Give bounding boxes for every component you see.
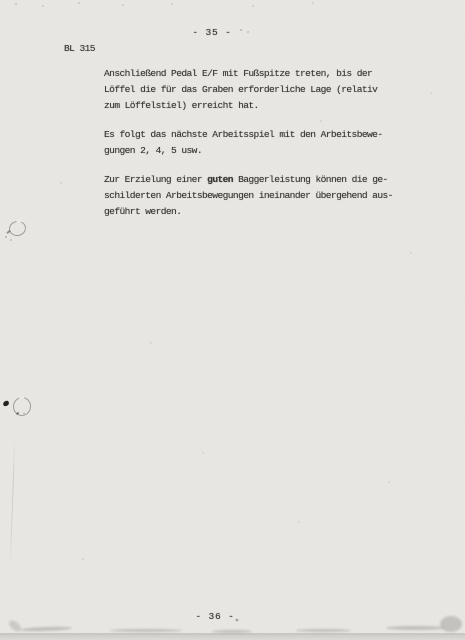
paper-crease — [10, 438, 16, 568]
bottom-corner-smudge — [440, 616, 462, 632]
ring-stain-lower — [12, 396, 32, 417]
scanned-document-page: - 35 - BL 315 Anschließend Pedal E/F mit… — [0, 0, 465, 640]
text-line: gungen 2, 4, 5 usw. — [104, 143, 404, 159]
text-line: Zur Erzielung einer guten Baggerleistung… — [104, 172, 404, 188]
text-segment: Baggerleistung können die ge- — [233, 174, 388, 185]
text-line: Anschließend Pedal E/F mit Fußspitze tre… — [104, 66, 404, 82]
bottom-edge-smudge — [20, 626, 72, 632]
scan-edge-strip — [0, 635, 465, 640]
text-line: schilderten Arbeitsbewegungen ineinander… — [104, 188, 404, 204]
text-line: Es folgt das nächste Arbeitsspiel mit de… — [104, 127, 404, 143]
bottom-edge-smudge — [110, 629, 182, 632]
paragraph-2: Es folgt das nächste Arbeitsspiel mit de… — [104, 127, 404, 159]
page-number-bottom: - 36 - — [0, 611, 430, 622]
ink-blot — [2, 400, 9, 407]
text-segment: Zur Erzielung einer — [104, 174, 207, 185]
scan-specks — [0, 0, 2, 2]
bottom-edge-smudge — [296, 629, 351, 632]
paragraph-1: Anschließend Pedal E/F mit Fußspitze tre… — [104, 66, 404, 114]
paragraph-3: Zur Erzielung einer guten Baggerleistung… — [104, 172, 404, 220]
emphasized-word: guten — [207, 174, 233, 185]
text-line: geführt werden. — [104, 204, 404, 220]
document-reference: BL 315 — [64, 43, 95, 54]
body-text: Anschließend Pedal E/F mit Fußspitze tre… — [104, 66, 404, 233]
text-line: Löffel die für das Graben erforderliche … — [104, 82, 404, 98]
ring-stain-upper — [8, 219, 28, 237]
page-number-top: - 35 - — [0, 27, 424, 38]
bottom-edge-smudge — [386, 626, 444, 630]
text-line: zum Löffelstiel) erreicht hat. — [104, 98, 404, 114]
